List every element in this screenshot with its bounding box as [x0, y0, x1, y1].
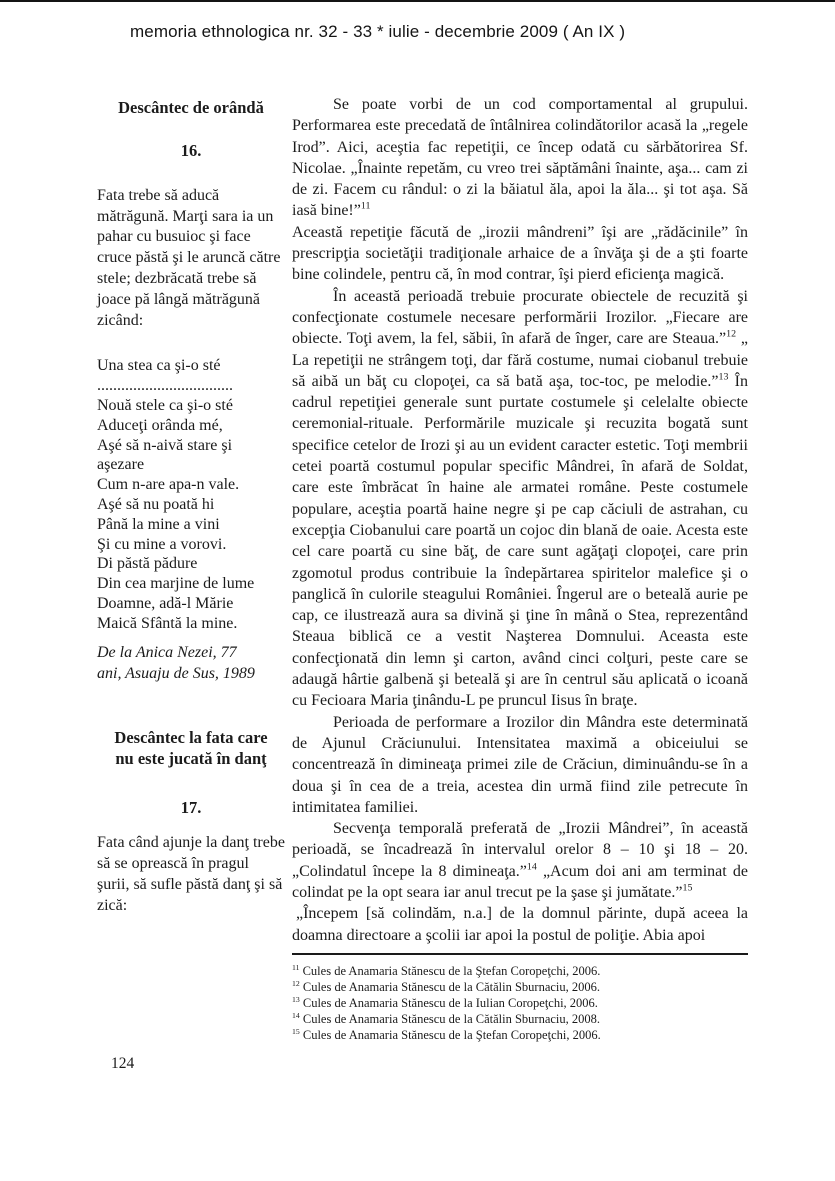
article-column: Se poate vorbi de un cod comportamental …: [292, 94, 748, 1043]
charm-16-title: Descântec de orândă: [97, 97, 285, 118]
article-paragraph: Perioada de performare a Irozilor din Mâ…: [292, 712, 748, 818]
charm-16-source: De la Anica Nezei, 77 ani, Asuaju de Sus…: [97, 642, 285, 685]
charm-16-verse: Una stea ca şi-o sté ...................…: [97, 356, 285, 633]
article-paragraph: În această perioadă trebuie procurate ob…: [292, 286, 748, 712]
page-number: 124: [111, 1055, 134, 1073]
article-paragraph: „Începem [să colindăm, n.a.] de la domnu…: [292, 903, 748, 946]
footnotes-block: 11 Cules de Anamaria Stănescu de la Ştef…: [292, 953, 748, 1043]
footnote-text: Cules de Anamaria Stănescu de la Cătălin…: [300, 1012, 600, 1026]
footnote-item: 13 Cules de Anamaria Stănescu de la Iuli…: [292, 995, 748, 1011]
charm-17-title: Descântec la fata care nu este jucată în…: [97, 727, 285, 769]
article-paragraph: Această repetiţie făcută de „irozii mând…: [292, 222, 748, 286]
article-paragraph: Se poate vorbi de un cod comportamental …: [292, 94, 748, 222]
footnote-item: 14 Cules de Anamaria Stănescu de la Cătă…: [292, 1011, 748, 1027]
footnote-number: 14: [292, 1011, 300, 1020]
charms-column: Descântec de orândă 16. Fata trebe să ad…: [97, 97, 285, 917]
charm-16-number: 16.: [97, 141, 285, 162]
footnote-number: 13: [292, 995, 300, 1004]
footnote-item: 15 Cules de Anamaria Stănescu de la Ştef…: [292, 1027, 748, 1043]
scan-edge-line: [0, 0, 835, 2]
article-paragraph: Secvenţa temporală preferată de „Irozii …: [292, 818, 748, 903]
charm-17-instructions: Fata când ajunje la danţ trebe să se opr…: [97, 833, 285, 916]
footnote-text: Cules de Anamaria Stănescu de la Ştefan …: [299, 964, 600, 978]
footnote-number: 12: [292, 979, 300, 988]
footnote-number: 15: [292, 1027, 300, 1036]
footnote-item: 12 Cules de Anamaria Stănescu de la Cătă…: [292, 979, 748, 995]
charm-16-instructions: Fata trebe să aducă mătrăgună. Marţi sar…: [97, 186, 285, 332]
journal-page: memoria ethnologica nr. 32 - 33 * iulie …: [0, 0, 835, 1181]
footnote-text: Cules de Anamaria Stănescu de la Ştefan …: [300, 1028, 601, 1042]
charm-17-number: 17.: [97, 798, 285, 819]
footnote-item: 11 Cules de Anamaria Stănescu de la Ştef…: [292, 963, 748, 979]
footnote-text: Cules de Anamaria Stănescu de la Iulian …: [300, 996, 598, 1010]
journal-header: memoria ethnologica nr. 32 - 33 * iulie …: [130, 22, 625, 42]
footnote-text: Cules de Anamaria Stănescu de la Cătălin…: [300, 980, 600, 994]
